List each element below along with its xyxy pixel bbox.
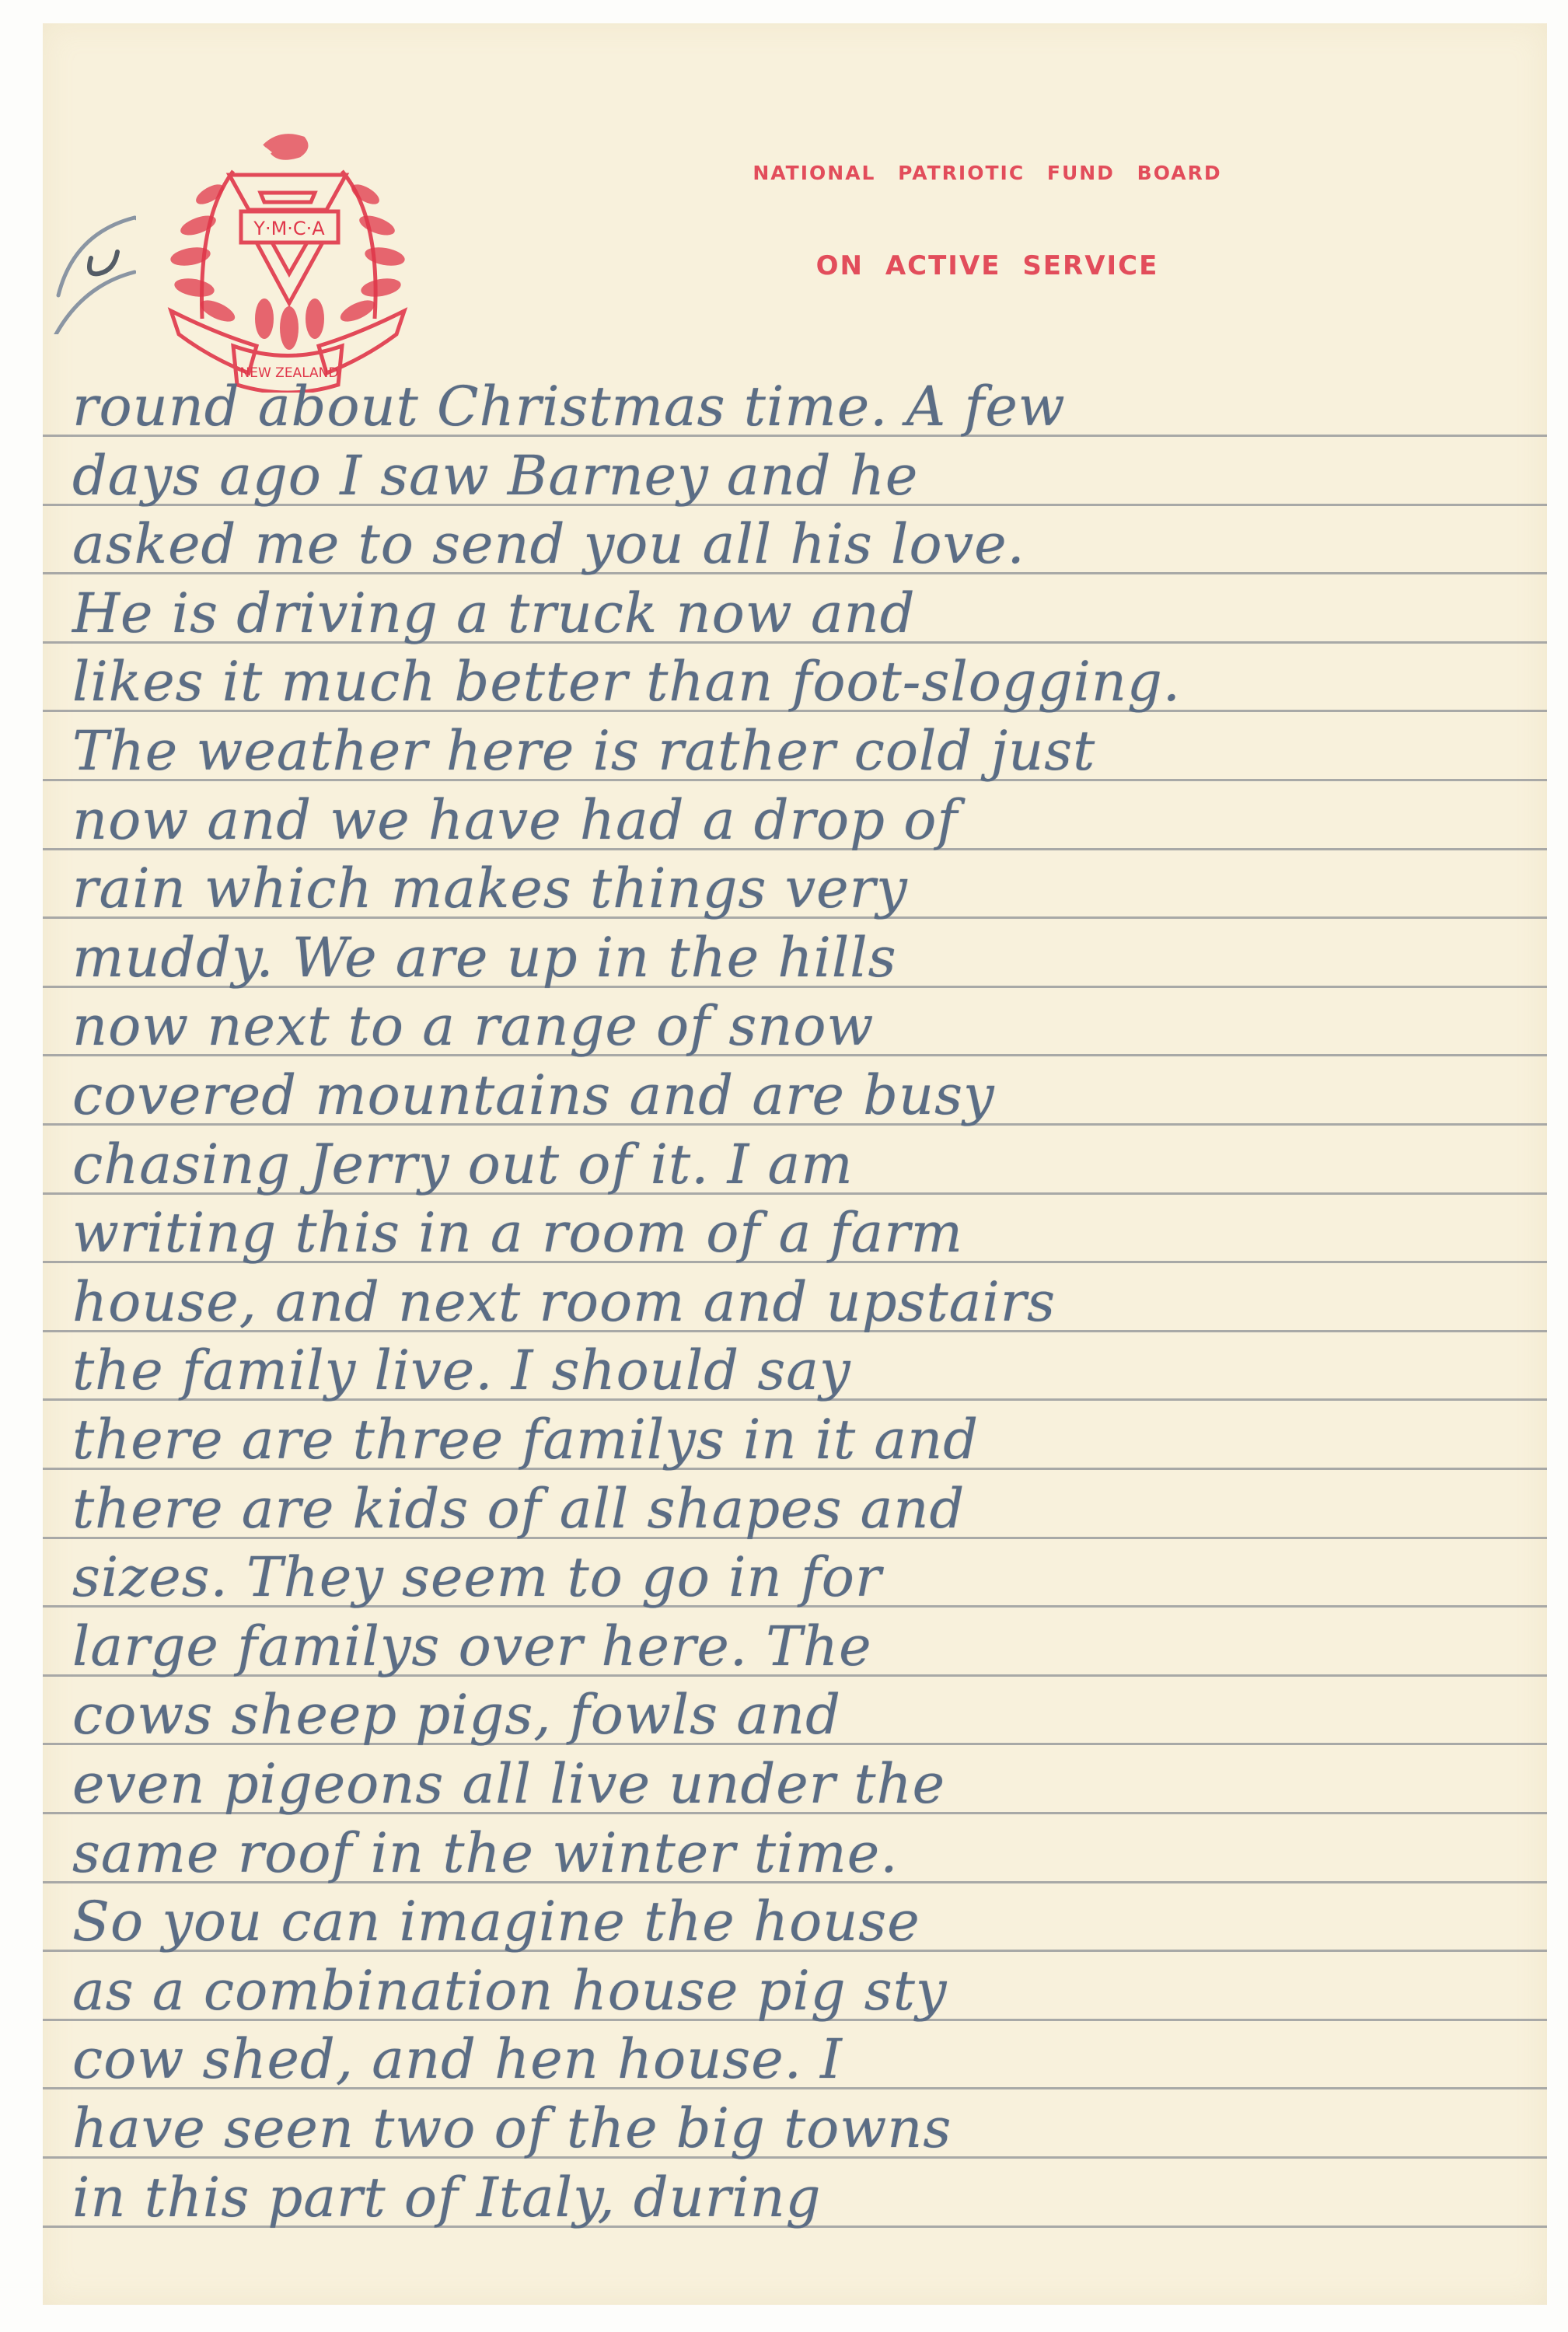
handwritten-line: now and we have had a drop of (72, 786, 1524, 854)
handwritten-line: covered mountains and are busy (72, 1061, 1524, 1129)
handwritten-line: writing this in a room of a farm (72, 1199, 1524, 1267)
handwritten-line: same roof in the winter time. (72, 1819, 1524, 1887)
handwritten-line: He is driving a truck now and (72, 579, 1524, 648)
handwritten-line: even pigeons all live under the (72, 1750, 1524, 1818)
handwritten-line: chasing Jerry out of it. I am (72, 1130, 1524, 1199)
handwritten-line: muddy. We are up in the hills (72, 923, 1524, 992)
handwritten-line: The weather here is rather cold just (72, 717, 1524, 785)
organisation-name: NATIONAL PATRIOTIC FUND BOARD (579, 162, 1395, 184)
handwritten-line: now next to a range of snow (72, 992, 1524, 1060)
ymca-crest-icon: Y·M·C·A NEW ZEALAND (155, 124, 420, 393)
handwritten-line: as a combination house pig sty (72, 1957, 1524, 2025)
handwritten-line: there are three familys in it and (72, 1405, 1524, 1474)
handwritten-line: in this part of Italy, during (72, 2163, 1524, 2232)
handwritten-line: So you can imagine the house (72, 1887, 1524, 1956)
handwritten-line: large familys over here. The (72, 1612, 1524, 1681)
handwritten-line: cows sheep pigs, fowls and (72, 1681, 1524, 1749)
letterhead: NATIONAL PATRIOTIC FUND BOARD ON ACTIVE … (579, 23, 1395, 334)
handwritten-line: asked me to send you all his love. (72, 510, 1524, 578)
handwritten-line: sizes. They seem to go in for (72, 1543, 1524, 1611)
handwritten-line: the family live. I should say (72, 1336, 1524, 1405)
handwritten-line: days ago I saw Barney and he (72, 442, 1524, 510)
handwritten-line: round about Christmas time. A few (72, 372, 1524, 441)
service-line: ON ACTIVE SERVICE (579, 250, 1395, 281)
handwritten-line: house, and next room and upstairs (72, 1268, 1524, 1336)
crest-badge-text: Y·M·C·A (253, 218, 325, 239)
handwritten-line: there are kids of all shapes and (72, 1475, 1524, 1543)
handwritten-line: likes it much better than foot-slogging. (72, 648, 1524, 716)
handwritten-line: cow shed, and hen house. I (72, 2025, 1524, 2093)
circled-page-number-icon (43, 202, 136, 334)
handwritten-line: have seen two of the big towns (72, 2094, 1524, 2163)
handwritten-line: rain which makes things very (72, 854, 1524, 923)
letter-sheet: 4 (43, 23, 1547, 2305)
